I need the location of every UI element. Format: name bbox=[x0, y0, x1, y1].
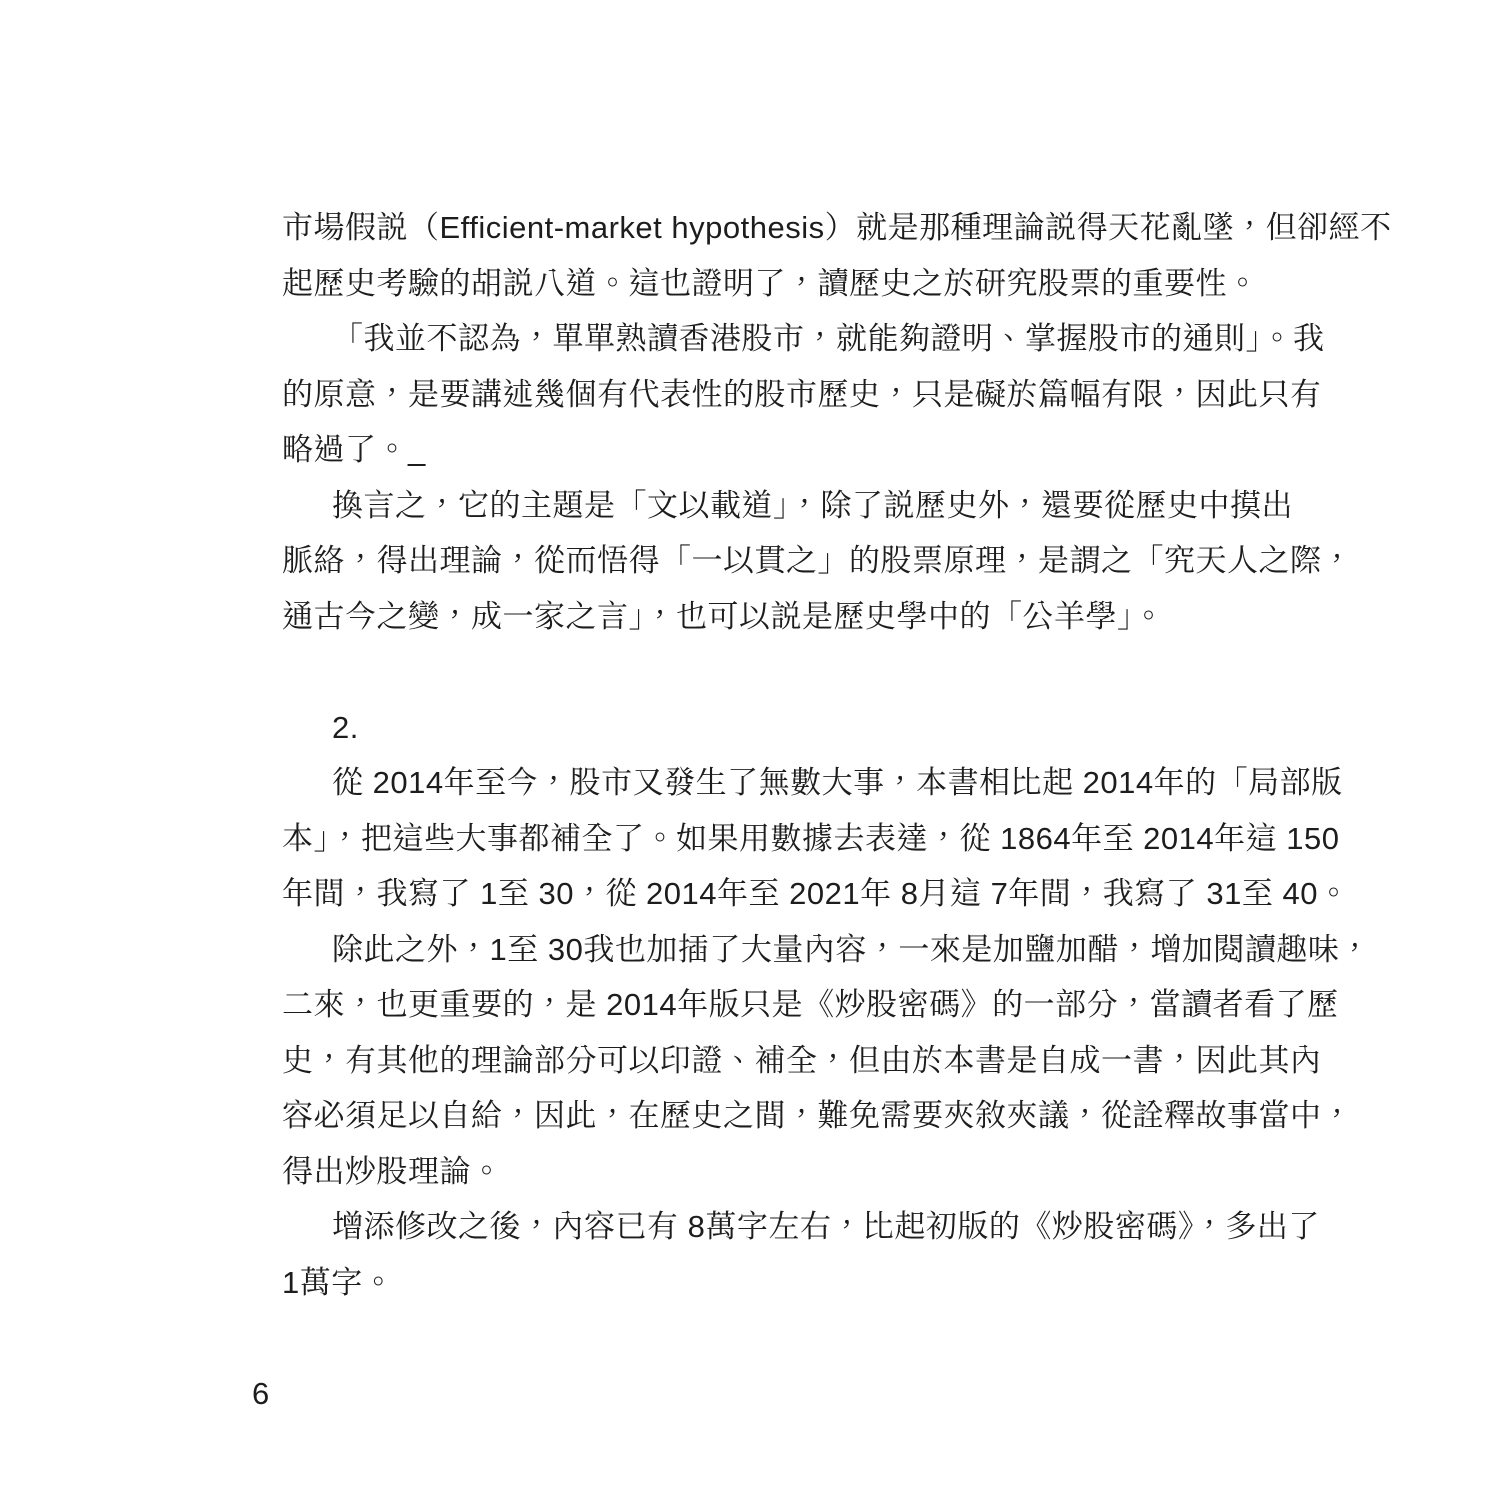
page-number: 6 bbox=[252, 1372, 269, 1416]
text-line: 增添修改之後，內容已有 8萬字左右，比起初版的《炒股密碼》，多出了 bbox=[282, 1199, 1214, 1255]
text-line: 從 2014年至今，股市又發生了無數大事，本書相比起 2014年的「局部版 bbox=[282, 755, 1214, 811]
text-line: 二來，也更重要的，是 2014年版只是《炒股密碼》的一部分，當讀者看了歷 bbox=[282, 977, 1214, 1033]
text-line: 年間，我寫了 1至 30，從 2014年至 2021年 8月這 7年間，我寫了 … bbox=[282, 866, 1214, 922]
text-line: 脈絡，得出理論，從而悟得「一以貫之」的股票原理，是謂之「究天人之際， bbox=[282, 533, 1214, 589]
text-line: 起歷史考驗的胡説八道。這也證明了，讀歷史之於研究股票的重要性。 bbox=[282, 256, 1214, 312]
text-line: 換言之，它的主題是「文以載道」，除了説歷史外，還要從歷史中摸出 bbox=[282, 478, 1214, 534]
text-line: 本」，把這些大事都補全了。如果用數據去表達，從 1864年至 2014年這 15… bbox=[282, 811, 1214, 867]
text-line: 容必須足以自給，因此，在歷史之間，難免需要夾敘夾議，從詮釋故事當中， bbox=[282, 1088, 1214, 1144]
text-line: 「我並不認為，單單熟讀香港股市，就能夠證明、掌握股市的通則」。我 bbox=[282, 311, 1214, 367]
text-line: 史，有其他的理論部分可以印證、補全，但由於本書是自成一書，因此其內 bbox=[282, 1033, 1214, 1089]
text-line: 通古今之變，成一家之言」，也可以説是歷史學中的「公羊學」。 bbox=[282, 589, 1214, 645]
section-number: 2. bbox=[282, 700, 1214, 756]
text-line: 市場假説（Efficient-market hypothesis）就是那種理論説… bbox=[282, 200, 1214, 256]
text-line: 除此之外，1至 30我也加插了大量內容，一來是加鹽加醋，增加閱讀趣味， bbox=[282, 922, 1214, 978]
book-page: 市場假説（Efficient-market hypothesis）就是那種理論説… bbox=[0, 0, 1500, 1500]
text-block: 市場假説（Efficient-market hypothesis）就是那種理論説… bbox=[282, 200, 1214, 1310]
text-line: 的原意，是要講述幾個有代表性的股市歷史，只是礙於篇幅有限，因此只有 bbox=[282, 367, 1214, 423]
text-line: 略過了。_ bbox=[282, 422, 1214, 478]
text-line: 1萬字。 bbox=[282, 1255, 1214, 1311]
text-line: 得出炒股理論。 bbox=[282, 1144, 1214, 1200]
